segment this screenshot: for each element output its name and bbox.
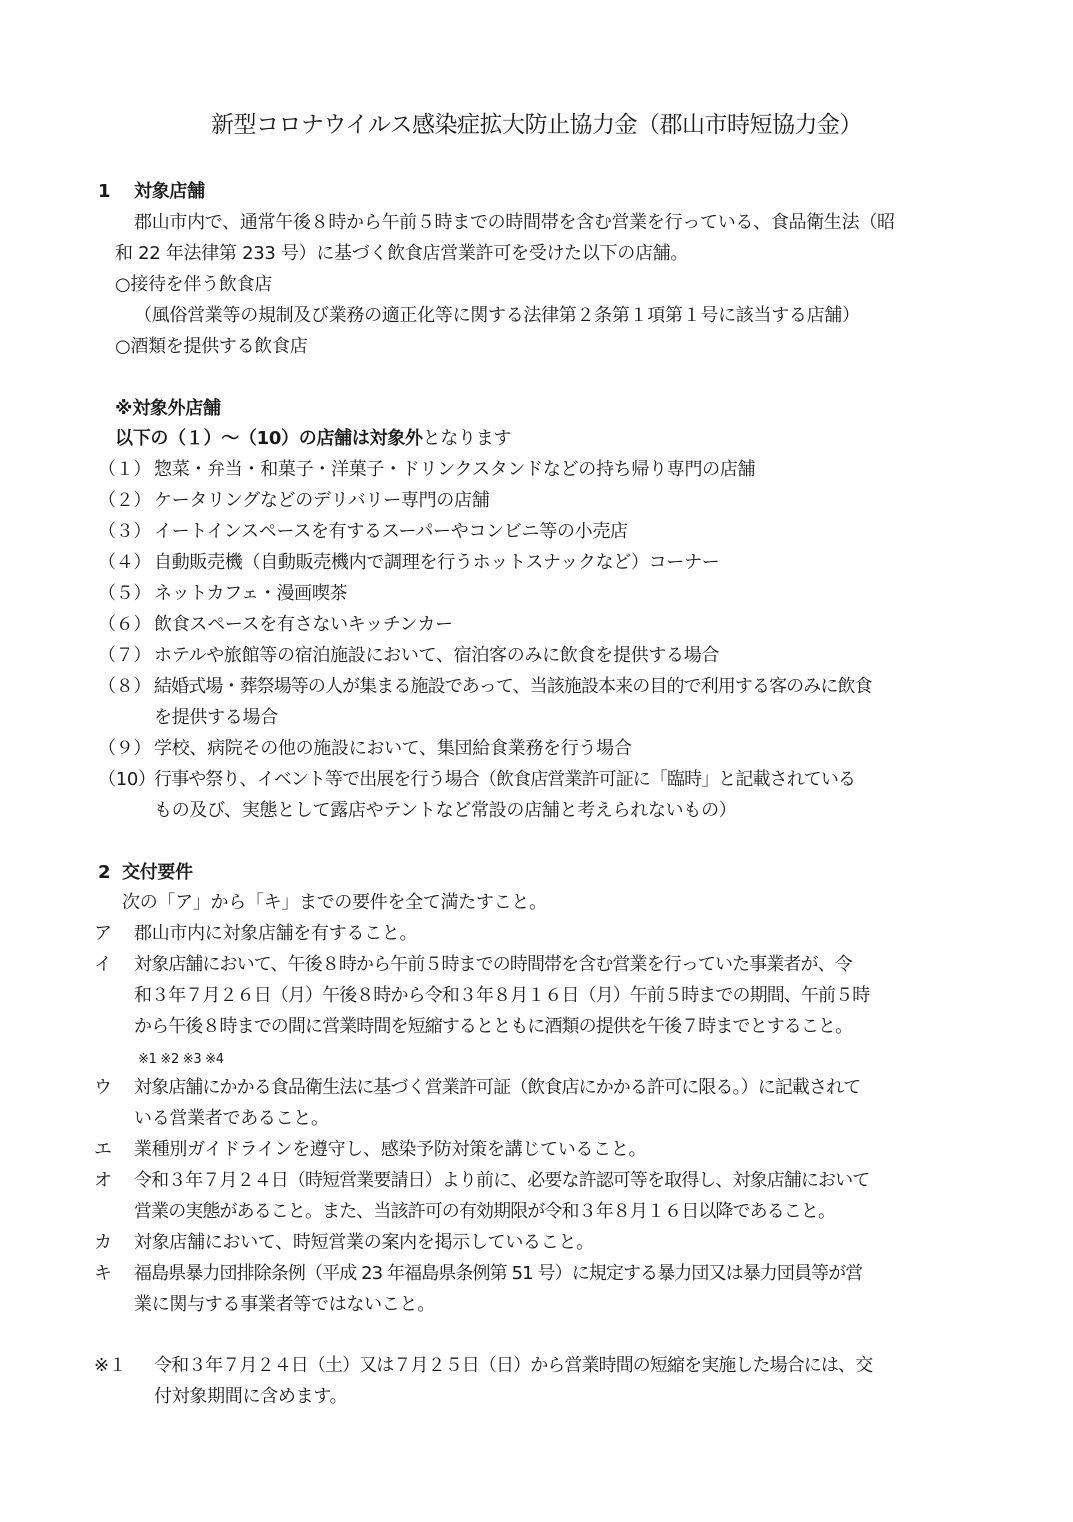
section2-number: 2 xyxy=(98,861,110,885)
excluded-item-num: （10） xyxy=(98,768,156,792)
excluded-item-num: （１） xyxy=(98,458,151,482)
requirement-label: オ xyxy=(94,1169,112,1193)
excluded-heading: ※対象外店舗 xyxy=(115,397,221,421)
target-item: ○酒類を提供する飲食店 xyxy=(115,335,307,359)
footnote-text: 付対象期間に含めます。 xyxy=(154,1385,347,1409)
excluded-item-text: 行事や祭り、イベント等で出展を行う場合（飲食店営業許可証に「臨時」と記載されてい… xyxy=(154,768,855,792)
excluded-item-text: 惣菜・弁当・和菓子・洋菓子・ドリンクスタンドなどの持ち帰り専門の店舗 xyxy=(154,458,755,482)
requirement-text: 郡山市内に対象店舗を有すること。 xyxy=(134,922,417,946)
excluded-item-num: （２） xyxy=(98,489,151,513)
requirement-text: いる営業者であること。 xyxy=(134,1107,329,1131)
excluded-item-num: （３） xyxy=(98,520,151,544)
section1-heading: 対象店舗 xyxy=(134,180,205,204)
target-item: ○接待を伴う飲食店 xyxy=(115,273,272,297)
section1-number: 1 xyxy=(98,180,110,204)
section1-paragraph-line1: 郡山市内で、通常午後８時から午前５時までの時間帯を含む営業を行っている、食品衛生… xyxy=(134,211,895,235)
requirement-text: 福島県暴力団排除条例（平成 23 年福島県条例第 51 号）に規定する暴力団又は… xyxy=(134,1262,862,1286)
requirement-text: 対象店舗において、時短営業の案内を掲示していること。 xyxy=(134,1231,594,1255)
excluded-item-cont: を提供する場合 xyxy=(154,706,278,730)
excluded-item-num: （５） xyxy=(98,582,151,606)
excluded-item-num: （９） xyxy=(98,737,151,761)
requirement-text: 対象店舗にかかる食品衛生法に基づく営業許可証（飲食店にかかる許可に限る。）に記載… xyxy=(134,1076,860,1100)
excluded-item-text: ケータリングなどのデリバリー専門の店舗 xyxy=(154,489,489,513)
requirement-label: ア xyxy=(94,922,112,946)
excluded-item-text: 自動販売機（自動販売機内で調理を行うホットスナックなど）コーナー xyxy=(154,551,720,575)
requirement-text: 業種別ガイドラインを遵守し、感染予防対策を講じていること。 xyxy=(134,1138,646,1162)
excluded-item-cont: もの及び、実態として露店やテントなど常設の店舗と考えられないもの） xyxy=(154,799,736,823)
document-page: 新型コロナウイルス感染症拡大防止協力金（郡山市時短協力金） 1 対象店舗 郡山市… xyxy=(0,0,1073,1522)
excluded-item-text: ホテルや旅館等の宿泊施設において、宿泊客のみに飲食を提供する場合 xyxy=(154,644,719,668)
requirement-text: から午後８時までの間に営業時間を短縮するとともに酒類の提供を午後７時までとするこ… xyxy=(134,1015,852,1039)
requirement-text: 対象店舗において、午後８時から午前５時までの時間帯を含む営業を行っていた事業者が… xyxy=(134,953,852,977)
requirement-note: ※1 ※2 ※3 ※4 xyxy=(138,1048,224,1072)
excluded-item-num: （４） xyxy=(98,551,151,575)
section2-intro: 次の「ア」から「キ」までの要件を全て満たすこと。 xyxy=(122,891,547,915)
document-title: 新型コロナウイルス感染症拡大防止協力金（郡山市時短協力金） xyxy=(0,110,1073,140)
requirement-label: エ xyxy=(94,1138,112,1162)
excluded-intro: 以下の（１）～（10）の店舗は対象外となります xyxy=(115,427,511,451)
requirement-text: 令和３年７月２４日（時短営業要請日）より前に、必要な許認可等を取得し、対象店舗に… xyxy=(134,1169,869,1193)
footnote-text: 令和３年７月２４日（土）又は７月２５日（日）から営業時間の短縮を実施した場合には… xyxy=(154,1354,872,1378)
requirement-text: 営業の実態があること。また、当該許可の有効期限が令和３年８月１６日以降であること… xyxy=(134,1200,835,1224)
requirement-label: キ xyxy=(94,1262,112,1286)
excluded-item-text: 学校、病院その他の施設において、集団給食業務を行う場合 xyxy=(154,737,632,761)
footnote-label: ※１ xyxy=(94,1354,126,1378)
excluded-item-num: （７） xyxy=(98,644,151,668)
excluded-item-text: イートインスペースを有するスーパーやコンビニ等の小売店 xyxy=(154,520,628,544)
section1-paragraph-line2: 和 22 年法律第 233 号）に基づく飲食店営業許可を受けた以下の店舗。 xyxy=(115,242,688,266)
excluded-item-num: （８） xyxy=(98,675,151,699)
section2-heading: 交付要件 xyxy=(122,861,193,885)
excluded-item-text: 飲食スペースを有さないキッチンカー xyxy=(154,613,453,637)
excluded-item-text: 結婚式場・葬祭場等の人が集まる施設であって、当該施設本来の目的で利用する客のみに… xyxy=(154,675,872,699)
excluded-intro-rest: となります xyxy=(423,428,512,449)
requirement-label: ウ xyxy=(94,1076,112,1100)
excluded-item-text: ネットカフェ・漫画喫茶 xyxy=(154,582,347,606)
requirement-text: 業に関与する事業者等ではないこと。 xyxy=(134,1293,435,1317)
target-item-note: （風俗営業等の規制及び業務の適正化等に関する法律第２条第１項第１号に該当する店舗… xyxy=(134,304,860,328)
excluded-intro-bold: 以下の（１）～（10）の店舗は対象外 xyxy=(115,428,423,449)
requirement-label: カ xyxy=(94,1231,112,1255)
excluded-item-num: （６） xyxy=(98,613,151,637)
requirement-label: イ xyxy=(94,953,112,977)
requirement-text: 和３年７月２６日（月）午後８時から令和３年８月１６日（月）午前５時までの期間、午… xyxy=(134,984,869,1008)
